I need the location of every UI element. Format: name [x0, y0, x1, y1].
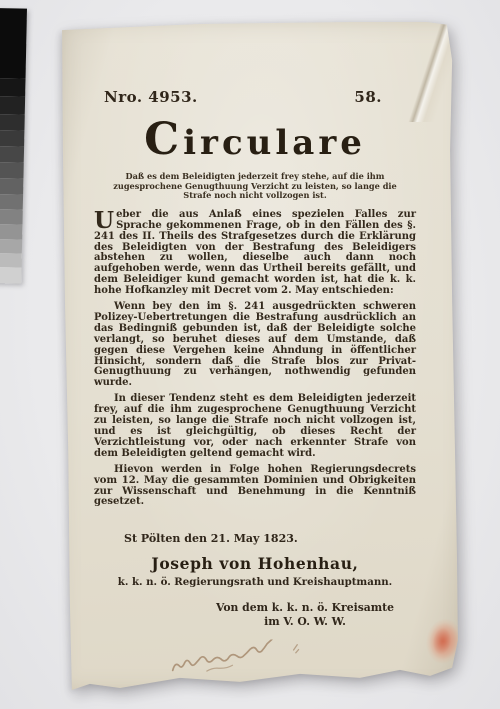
- wedge-step: [0, 96, 25, 115]
- issuer-office: Von dem k. k. n. ö. Kreisamte: [210, 601, 400, 615]
- paragraph-1: Ueber die aus Anlaß eines spezielen Fall…: [94, 210, 416, 297]
- document-header: Nro. 4953. 58.: [94, 88, 416, 106]
- wedge-step: [0, 146, 24, 163]
- wedge-step: [0, 130, 24, 147]
- paragraph-3: In dieser Tendenz steht es dem Beleidigt…: [94, 394, 416, 459]
- wedge-step: [0, 194, 23, 210]
- handwriting-ink-showthrough: [165, 637, 307, 679]
- wedge-step: [0, 267, 22, 284]
- issuer-region: im V. O. W. W.: [210, 615, 400, 629]
- wax-seal-residue: [417, 615, 466, 681]
- dateline: St Pölten den 21. May 1823.: [124, 532, 416, 545]
- paragraph-4: Hievon werden in Folge hohen Regierungsd…: [94, 465, 416, 509]
- wedge-step: [0, 224, 22, 240]
- printed-content: Nro. 4953. 58. Circulare Daß es dem Bele…: [94, 88, 416, 628]
- document-number: Nro. 4953.: [104, 88, 198, 106]
- wedge-step: [0, 253, 22, 268]
- wax-seal-core: [430, 625, 454, 658]
- document-paper: Nro. 4953. 58. Circulare Daß es dem Bele…: [58, 20, 466, 692]
- wedge-step: [0, 114, 25, 131]
- photo-background: Nro. 4953. 58. Circulare Daß es dem Bele…: [0, 0, 500, 709]
- signature-name: Joseph von Hohenhau,: [94, 554, 416, 573]
- paper-shadow-wrap: Nro. 4953. 58. Circulare Daß es dem Bele…: [58, 20, 466, 692]
- grayscale-calibration-strip: [0, 8, 27, 284]
- wedge-step: [0, 78, 26, 97]
- wedge-step: [0, 162, 24, 179]
- page-number: 58.: [354, 88, 382, 106]
- signature-title: k. k. n. ö. Regierungsrath und Kreishaup…: [94, 576, 416, 588]
- wedge-step: [0, 209, 23, 225]
- document-title: Circulare: [94, 114, 416, 165]
- paragraph-2: Wenn bey den im §. 241 ausgedrückten sch…: [94, 302, 416, 389]
- document-subtitle: Daß es dem Beleidigten jederzeit frey st…: [107, 172, 403, 201]
- issuer-block: Von dem k. k. n. ö. Kreisamte im V. O. W…: [210, 601, 400, 628]
- wedge-step: [0, 178, 23, 195]
- wedge-step: [0, 239, 22, 254]
- wedge-step: [0, 8, 27, 79]
